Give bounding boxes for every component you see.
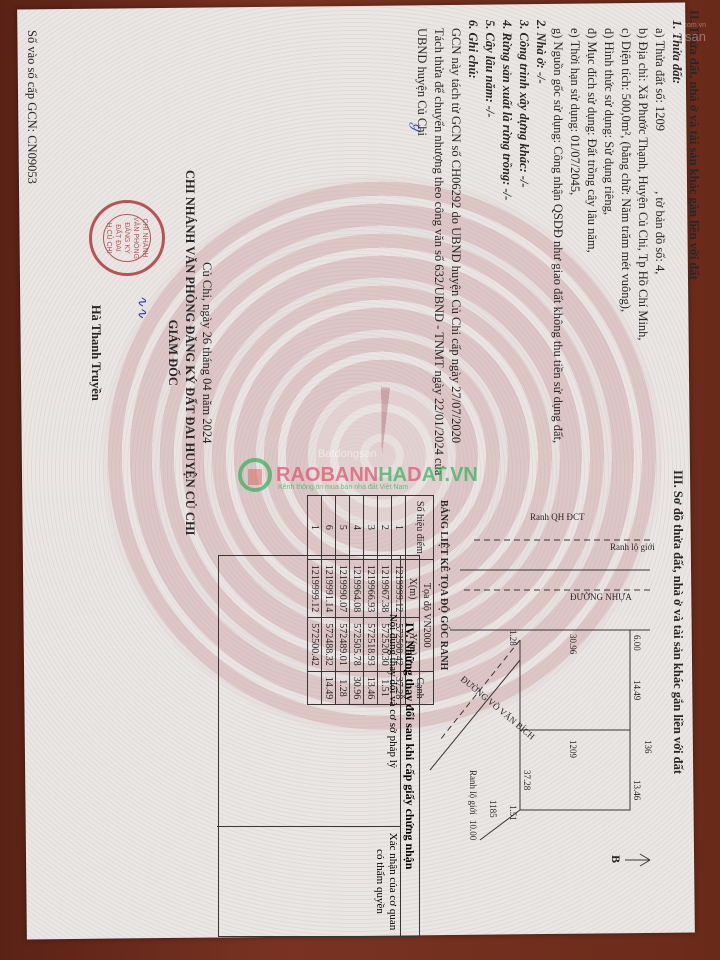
parcel-line: a) Thửa đất số: 1209, tờ bản đồ số: 4, <box>651 10 668 475</box>
initial-signature: ℊ <box>408 120 428 134</box>
dimension-label: 14.49 <box>632 680 642 701</box>
notes-heading: 6. Ghi chú: <box>464 10 481 475</box>
corner-watermark: .com.vnnhaengsan <box>642 22 706 44</box>
north-arrow-label: B <box>609 855 623 863</box>
origin: g) Nguồn gốc sử dụng: Công nhận QSDĐ như… <box>549 10 566 475</box>
purpose: đ) Mục đích sử dụng: Đất trồng cây lâu n… <box>583 10 600 475</box>
address: b) Địa chỉ: Xã Phước Thạnh, Huyện Củ Chi… <box>634 10 651 475</box>
wm-part: AT.VN <box>422 464 478 486</box>
term: e) Thời hạn sử dụng: 01/07/2045, <box>566 10 583 475</box>
stamp-line: CHI NHÁNH <box>141 215 150 261</box>
map-sheet: , tờ bản đồ số: 4, <box>653 131 667 274</box>
coord-header-point: Số hiệu điểm <box>406 496 434 560</box>
wm-part: D <box>407 464 421 486</box>
coord-point: 1 <box>308 496 322 560</box>
coord-point: 5 <box>336 496 350 560</box>
dimension-label: 13.46 <box>632 780 642 801</box>
coord-point: 2 <box>378 496 392 560</box>
coord-point: 6 <box>322 496 336 560</box>
house: 2. Nhà ở: -/- <box>532 10 549 475</box>
director-signature: ∿∿ <box>133 295 150 318</box>
issuing-office: CHI NHÁNH VĂN PHÒNG ĐĂNG KÝ ĐẤT ĐAI HUYỆ… <box>181 170 198 536</box>
building-logo-icon <box>238 458 272 492</box>
watermark-tagline: Kênh thông tin mua bán nhà đất Việt Nam <box>278 484 408 491</box>
section-4-changes: IV. Những thay đổi sau khi cấp giấy chứn… <box>218 555 420 937</box>
dimension-label: 1.51 <box>508 805 518 821</box>
official-red-stamp: CHI NHÁNH VĂN PHÒNG ĐĂNG KÝ ĐẤT ĐAI H.CỦ… <box>89 200 165 276</box>
coord-point: 1 <box>392 496 406 560</box>
dimension-label: 30.96 <box>568 634 578 655</box>
dimension-label: 1.28 <box>508 630 518 646</box>
forest: 4. Rừng sản xuất là rừng trồng: -/- <box>498 10 515 475</box>
stamp-line: VĂN PHÒNG <box>132 215 141 261</box>
date-line: Củ Chi, ngày 26 tháng 04 năm 2024 <box>198 170 215 536</box>
corner-watermark-text: nhaengsan <box>642 29 706 44</box>
road-label-vo-van-bich: ĐƯỜNG VÕ VĂN BÍCH <box>459 674 537 742</box>
registry-number: Số vào sổ cấp GCN: CN09053 <box>23 30 40 184</box>
section-2-land-info: II. Thửa đất, nhà ở và tài sản khác gắn … <box>413 10 702 475</box>
land-heading: 1. Thửa đất: <box>668 10 685 475</box>
coord-subheader: Tọa độ VN2000 <box>420 559 434 671</box>
parcel-adjacent-136: 136 <box>643 740 653 754</box>
planning-label: Ranh QH ĐCT <box>530 512 585 522</box>
note-3: UBND huyện Củ Chi <box>413 10 430 475</box>
note-2: Tách thửa để chuyển nhượng theo công văn… <box>430 10 447 475</box>
wm-part: N <box>364 464 378 486</box>
parcel-main-number: 1209 <box>568 740 578 759</box>
boundary-label: Ranh lộ giới <box>468 770 478 815</box>
section-2-title: II. Thửa đất, nhà ở và tài sản khác gắn … <box>685 10 702 475</box>
coord-point: 4 <box>350 496 364 560</box>
parcel-adjacent-1185: 1185 <box>488 800 498 818</box>
road-label-nhua: ĐƯỜNG NHỰA <box>570 592 632 602</box>
wm-part: HA <box>378 464 407 486</box>
other-works: 3. Công trình xây dựng khác: -/- <box>515 10 532 475</box>
dimension-label: 10.00 <box>468 820 478 841</box>
wm-part: RAOBAN <box>276 464 364 486</box>
area: c) Diện tích: 500,0m², (bằng chữ: Năm tr… <box>617 10 634 475</box>
perennial: 5. Cây lâu năm: -/- <box>481 10 498 475</box>
usage-form: d) Hình thức sử dụng: Sử dụng riêng, <box>600 10 617 475</box>
corner-watermark-sub: .com.vn <box>642 22 706 29</box>
stamp-line: H.CỦ CHI <box>105 215 114 261</box>
section-4-title: IV. Những thay đổi sau khi cấp giấy chứn… <box>400 556 419 936</box>
stamp-line: ĐĂNG KÝ ĐẤT ĐAI <box>114 215 132 261</box>
batdongsan-faint-watermark: Batdongsan <box>318 446 377 463</box>
section-3-title: III. Sơ đồ thửa đất, nhà ở và tài sản kh… <box>669 470 686 774</box>
signer-role: GIÁM ĐỐC <box>164 170 181 536</box>
note-1: GCN này tách từ GCN số CH06292 do UBND h… <box>447 10 464 475</box>
coord-table-title: BẢNG LIỆT KÊ TỌA ĐỘ GÓC RANH <box>435 500 452 670</box>
dimension-label: 6.00 <box>632 635 642 651</box>
raobannhadat-watermark: RAOBANNHADAT.VN Kênh thông tin mua bán n… <box>238 458 478 492</box>
coord-point: 3 <box>364 496 378 560</box>
changes-content-column: Nội dung thay đổi và cơ sở pháp lý <box>217 556 401 827</box>
authority-confirmation-column: Xác nhận của cơ quan có thẩm quyền <box>373 827 401 936</box>
parcel-boundary <box>520 630 630 810</box>
boundary-label: Ranh lộ giới <box>610 542 655 552</box>
dimension-label: 37.28 <box>522 770 532 791</box>
